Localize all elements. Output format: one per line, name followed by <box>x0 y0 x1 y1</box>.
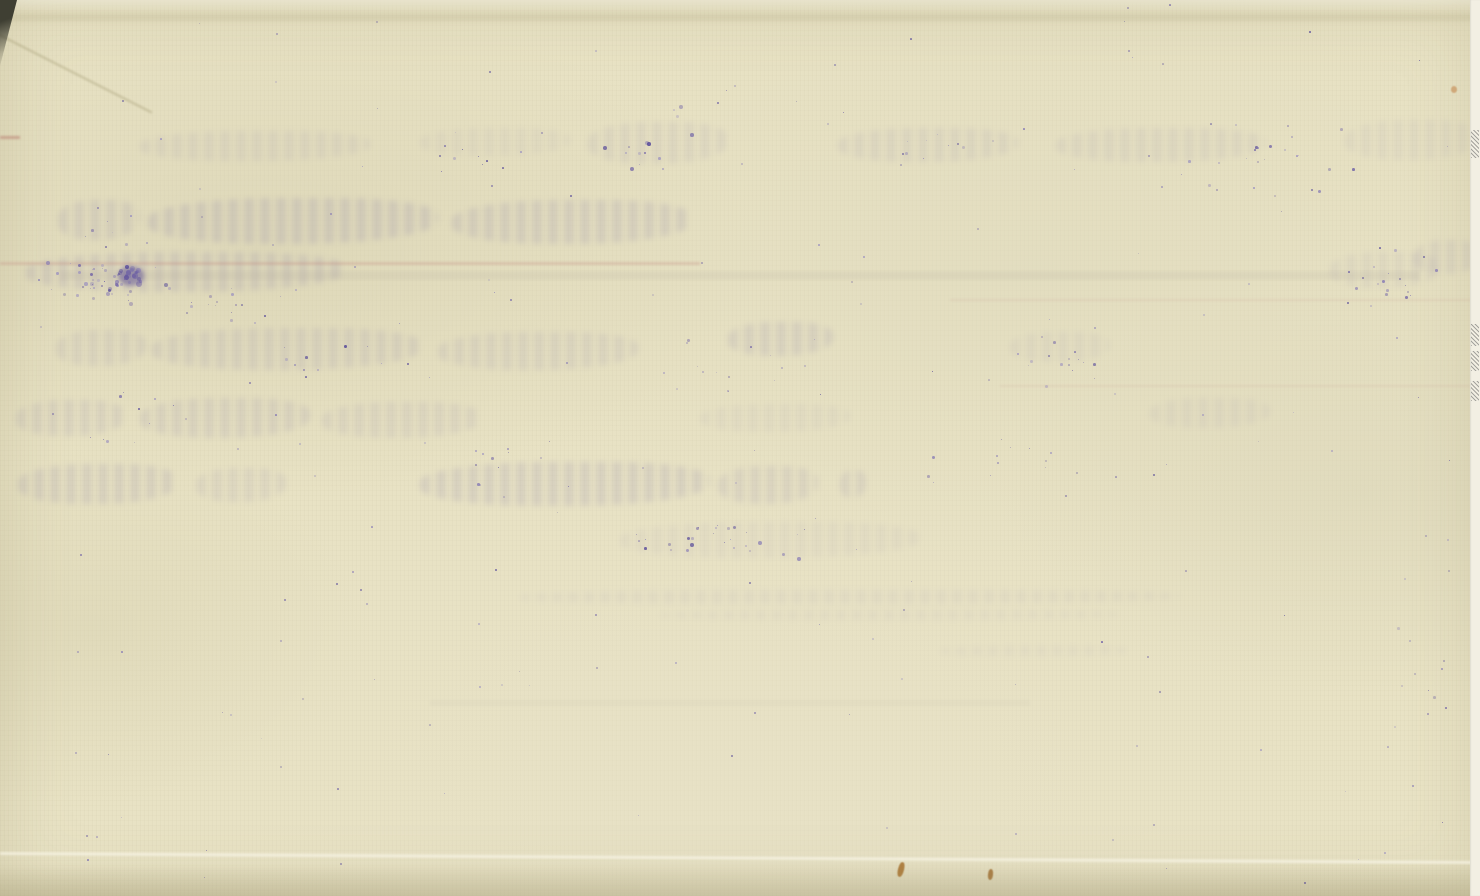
top-edge-crease <box>0 14 1480 21</box>
right-edge-strip <box>1470 0 1480 896</box>
bottom-edge-shadow <box>0 862 1480 896</box>
edge-hatch-mark <box>1471 351 1479 371</box>
scanned-document <box>0 0 1480 896</box>
edge-hatch-mark <box>1471 324 1479 346</box>
edge-hatch-mark <box>1471 381 1479 401</box>
corner-crease-line <box>0 30 152 114</box>
edge-hatch-mark <box>1471 130 1479 158</box>
crease-layer <box>0 0 1480 896</box>
